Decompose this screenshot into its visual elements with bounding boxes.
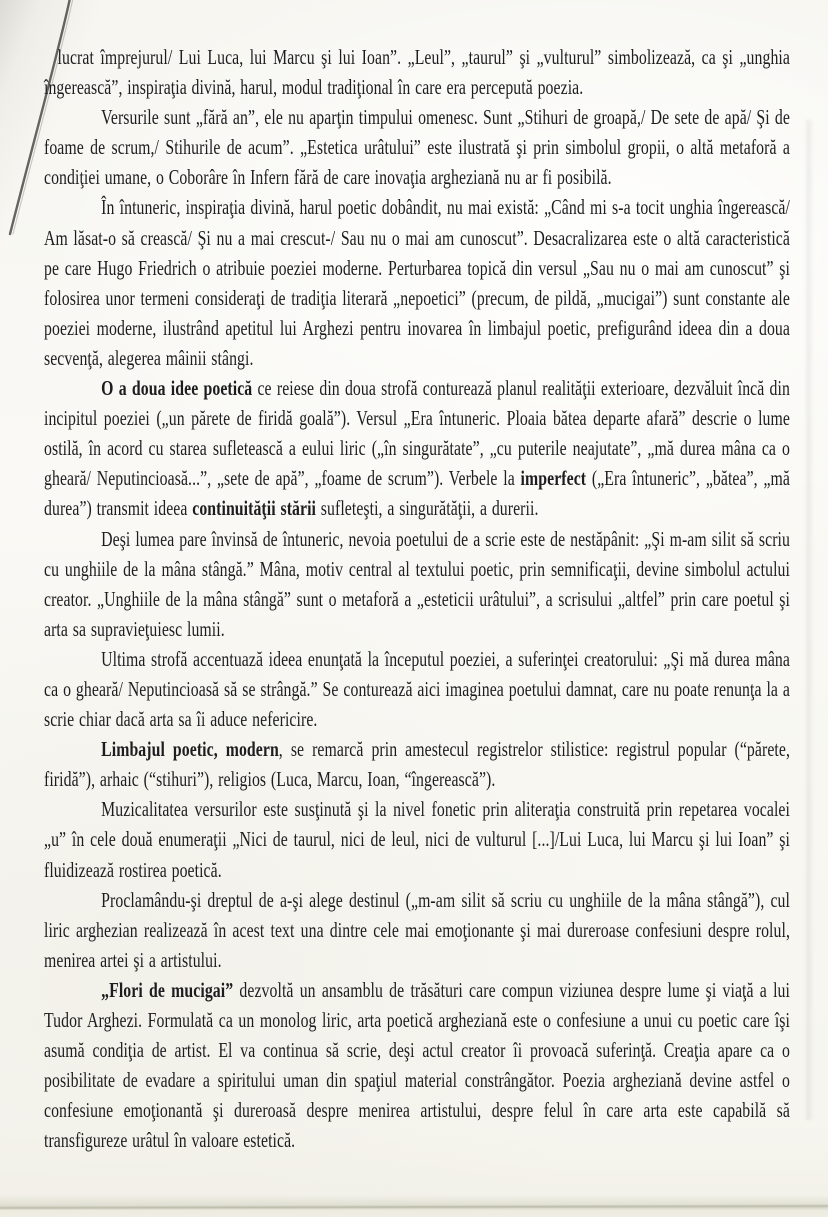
text-run: Proclamându-şi dreptul de a-şi alege des… xyxy=(44,888,790,972)
paragraph: Proclamându-şi dreptul de a-şi alege des… xyxy=(44,885,790,975)
bold-text-run: Limbajul poetic, modern xyxy=(101,737,279,761)
text-run: dezvoltă un ansamblu de trăsături care c… xyxy=(44,978,790,1152)
bold-text-run: imperfect xyxy=(521,466,587,490)
page-right-crease xyxy=(804,120,814,1120)
text-run: În întuneric, inspiraţia divină, harul p… xyxy=(44,195,790,369)
paragraph: „Flori de mucigai” dezvoltă un ansamblu … xyxy=(44,975,790,1156)
page-bottom-edge-shadow xyxy=(0,1195,828,1217)
text-run: lucrat împrejurul/ Lui Luca, lui Marcu ş… xyxy=(44,45,790,99)
paragraph: Ultima strofă accentuază ideea enunţată … xyxy=(44,644,790,734)
bold-text-run: O a doua idee poetică xyxy=(101,376,252,400)
bold-text-run: continuităţii stării xyxy=(192,496,316,520)
paragraph: Deşi lumea pare învinsă de întuneric, ne… xyxy=(44,524,790,644)
paragraph: lucrat împrejurul/ Lui Luca, lui Marcu ş… xyxy=(44,42,790,102)
paragraph: Limbajul poetic, modern, se remarcă prin… xyxy=(44,734,790,794)
text-run: Ultima strofă accentuază ideea enunţată … xyxy=(44,647,790,731)
text-run: Muzicalitatea versurilor este susţinută … xyxy=(44,797,790,881)
text-run: sufleteşti, a singurătăţii, a durerii. xyxy=(316,496,538,520)
paragraph: Versurile sunt „fără an”, ele nu aparţin… xyxy=(44,102,790,192)
scanned-page: lucrat împrejurul/ Lui Luca, lui Marcu ş… xyxy=(0,0,828,1217)
document-body: lucrat împrejurul/ Lui Luca, lui Marcu ş… xyxy=(44,42,790,1155)
page-bottom-edge-line xyxy=(0,1205,828,1209)
paragraph: În întuneric, inspiraţia divină, harul p… xyxy=(44,192,790,373)
text-run: Versurile sunt „fără an”, ele nu aparţin… xyxy=(44,105,790,189)
bold-text-run: „Flori de mucigai” xyxy=(101,978,233,1002)
paragraph: O a doua idee poetică ce reiese din doua… xyxy=(44,373,790,523)
text-run: Deşi lumea pare învinsă de întuneric, ne… xyxy=(44,527,790,641)
paragraph: Muzicalitatea versurilor este susţinută … xyxy=(44,794,790,884)
